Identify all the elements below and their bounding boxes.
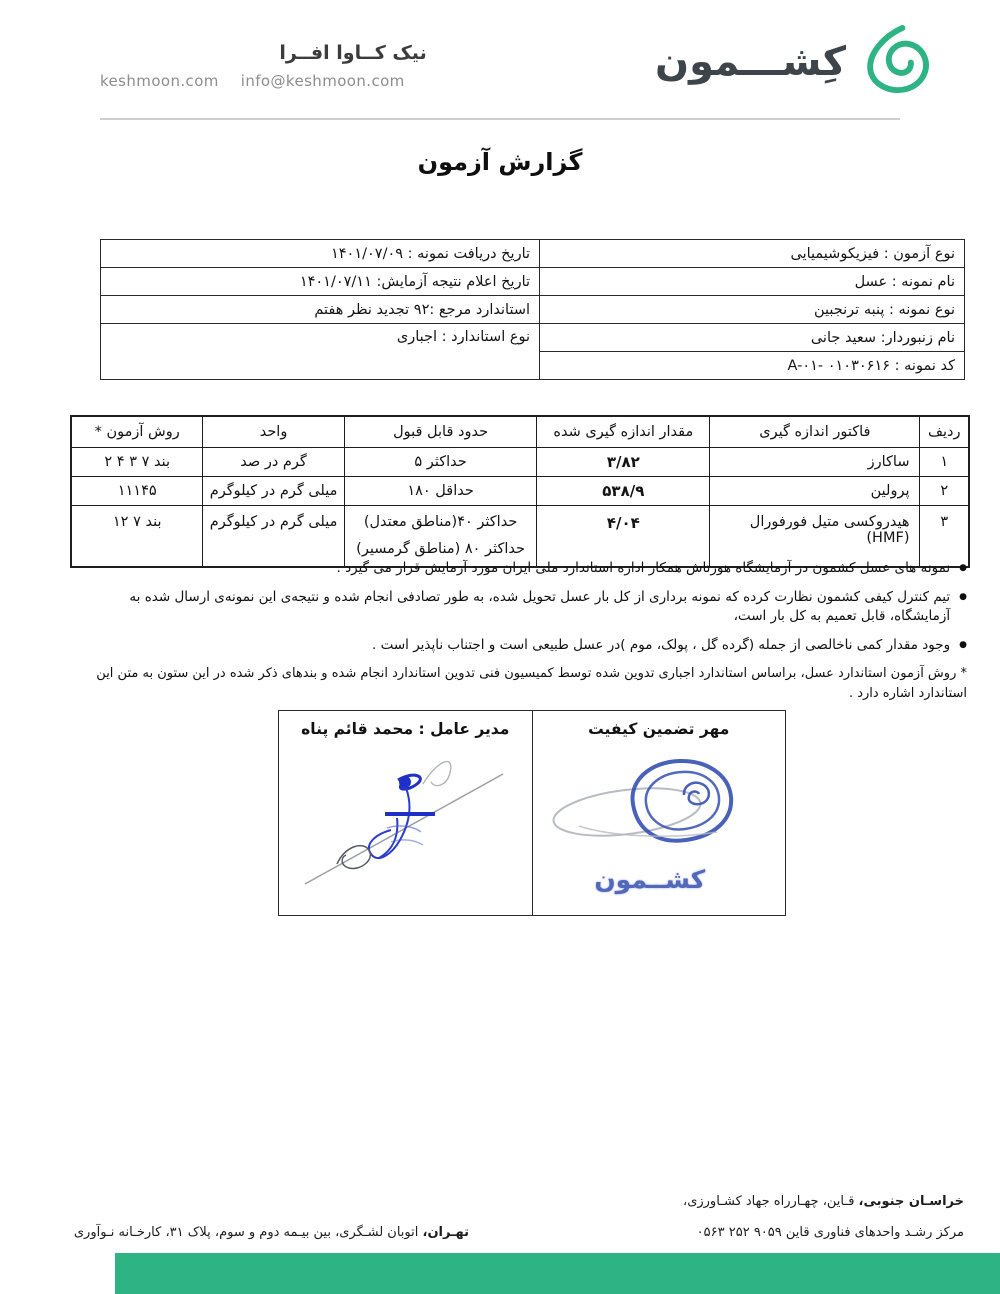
result-date-cell: تاریخ اعلام نتیجه آزمایش: ۱۴۰۱/۰۷/۱۱ — [101, 268, 540, 296]
address-1-rest: قـاین، چهـارراه جهاد کشـاورزی، — [683, 1194, 859, 1209]
header-left-block: نیک کــاوا افــرا keshmoon.cominfo@keshm… — [100, 42, 427, 90]
table-row: ۲ پرولین ۵۳۸/۹ حداقل ۱۸۰ میلی گرم در کیل… — [71, 477, 969, 506]
unit-value: میلی گرم در کیلوگرم — [203, 506, 344, 568]
page-title: گزارش آزمون — [0, 148, 1000, 176]
table-row: مهر تضمین کیفیت کشــمون مدیر عامل : محمد… — [279, 711, 786, 916]
notes-section: ● نمونه های عسل کشمون در آزمایشگاه هورتا… — [70, 559, 967, 703]
table-row: نام نمونه : عسل تاریخ اعلام نتیجه آزمایش… — [101, 268, 965, 296]
list-item: ● نمونه های عسل کشمون در آزمایشگاه هورتا… — [70, 559, 967, 579]
factor-value: پرولین — [710, 477, 920, 506]
signature-graphic-icon — [295, 744, 515, 894]
limit-line-1: حداکثر ۴۰(مناطق معتدل) — [349, 509, 533, 536]
sample-type-cell: نوع نمونه : پنبه ترنجبین — [540, 296, 965, 324]
quality-stamp: کشــمون — [549, 748, 769, 898]
footer-address-left: تهـران، اتوبان لشـگری، بین بیـمه دوم و س… — [74, 1217, 469, 1248]
unit-value: میلی گرم در کیلوگرم — [203, 477, 344, 506]
row-number: ۱ — [920, 448, 969, 477]
limit-value: حداقل ۱۸۰ — [344, 477, 537, 506]
signature-table: مهر تضمین کیفیت کشــمون مدیر عامل : محمد… — [278, 710, 786, 916]
address-line-1: خراسـان جنوبی، قـاین، چهـارراه جهاد کشـا… — [683, 1186, 964, 1217]
limit-value: حداکثر ۴۰(مناطق معتدل) حداکثر ۸۰ (مناطق … — [344, 506, 537, 568]
note-text: تیم کنترل کیفی کشمون نظارت کرده که نمونه… — [70, 588, 950, 627]
receive-date-cell: تاریخ دریافت نمونه : ۱۴۰۱/۰۷/۰۹ — [101, 240, 540, 268]
contact-line: keshmoon.cominfo@keshmoon.com — [100, 72, 427, 90]
row-number: ۲ — [920, 477, 969, 506]
note-text: وجود مقدار کمی ناخالصی از جمله (گرده گل … — [372, 636, 950, 656]
table-row: نام زنبوردار: سعید جانی نوع استاندارد : … — [101, 324, 965, 352]
list-item: ● تیم کنترل کیفی کشمون نظارت کرده که نمو… — [70, 588, 967, 627]
company-name: نیک کــاوا افــرا — [100, 42, 427, 64]
header-limits: حدود قابل قبول — [344, 416, 537, 448]
header-divider — [100, 118, 900, 120]
brand-logo-block: کِشـــمون — [655, 22, 942, 102]
bullet-icon: ● — [959, 593, 967, 627]
stamp-label: مهر تضمین کیفیت — [534, 720, 785, 738]
header-factor: فاکتور اندازه گیری — [710, 416, 920, 448]
footer-green-bar — [115, 1253, 1000, 1294]
manager-signature — [295, 744, 515, 894]
measured-value: ۳/۸۲ — [537, 448, 710, 477]
test-type-cell: نوع آزمون : فیزیکوشیمیایی — [540, 240, 965, 268]
factor-value: ساکارز — [710, 448, 920, 477]
table-row: ۳ هیدروکسی متیل فورفورال (HMF) ۴/۰۴ حداک… — [71, 506, 969, 568]
stamp-wordmark: کشــمون — [549, 865, 751, 894]
results-table: ردیف فاکتور اندازه گیری مقدار اندازه گیر… — [70, 415, 970, 568]
method-value: بند ۷ ۳ ۴ ۲ — [71, 448, 203, 477]
method-value: ۱۱۱۴۵ — [71, 477, 203, 506]
method-footnote: * روش آزمون استاندارد عسل، براساس استاند… — [70, 664, 967, 703]
standard-type-cell: نوع استاندارد : اجباری — [101, 324, 540, 380]
note-text: نمونه های عسل کشمون در آزمایشگاه هورتاش … — [337, 559, 951, 579]
list-item: ● وجود مقدار کمی ناخالصی از جمله (گرده گ… — [70, 636, 967, 656]
table-row: ۱ ساکارز ۳/۸۲ حداکثر ۵ گرم در صد بند ۷ ۳… — [71, 448, 969, 477]
quality-stamp-cell: مهر تضمین کیفیت کشــمون — [532, 711, 786, 916]
address-1-region: خراسـان جنوبی، — [859, 1194, 964, 1209]
footer-address-right: خراسـان جنوبی، قـاین، چهـارراه جهاد کشـا… — [683, 1186, 964, 1248]
keshmoon-drop-logo-icon — [856, 22, 942, 102]
bullet-icon: ● — [959, 641, 967, 656]
website-text: keshmoon.com — [100, 72, 219, 90]
address-line-2: مرکز رشـد واحدهای فناوری قاین ۹۰۵۹ ۲۵۲ ۰… — [683, 1217, 964, 1248]
manager-signature-cell: مدیر عامل : محمد قائم پناه — [279, 711, 533, 916]
limit-value: حداکثر ۵ — [344, 448, 537, 477]
header-unit: واحد — [203, 416, 344, 448]
sample-info-table: نوع آزمون : فیزیکوشیمیایی تاریخ دریافت ن… — [100, 239, 965, 380]
header-measured: مقدار اندازه گیری شده — [537, 416, 710, 448]
results-header-row: ردیف فاکتور اندازه گیری مقدار اندازه گیر… — [71, 416, 969, 448]
measured-value: ۴/۰۴ — [537, 506, 710, 568]
measured-value: ۵۳۸/۹ — [537, 477, 710, 506]
sample-code-cell: کد نمونه : A-۰۱- ۰۱۰۳۰۶۱۶ — [540, 352, 965, 380]
method-value: بند ۷ ۱۲ — [71, 506, 203, 568]
manager-label: مدیر عامل : محمد قائم پناه — [280, 720, 531, 738]
address-3-rest: اتوبان لشـگری، بین بیـمه دوم و سوم، پلاک… — [74, 1225, 423, 1240]
address-3-city: تهـران، — [423, 1225, 469, 1240]
table-row: نوع نمونه : پنبه ترنجبین استاندارد مرجع … — [101, 296, 965, 324]
sample-name-cell: نام نمونه : عسل — [540, 268, 965, 296]
factor-value: هیدروکسی متیل فورفورال (HMF) — [710, 506, 920, 568]
email-text: info@keshmoon.com — [241, 72, 405, 90]
table-row: نوع آزمون : فیزیکوشیمیایی تاریخ دریافت ن… — [101, 240, 965, 268]
header-method: روش آزمون * — [71, 416, 203, 448]
beekeeper-name-cell: نام زنبوردار: سعید جانی — [540, 324, 965, 352]
row-number: ۳ — [920, 506, 969, 568]
brand-wordmark: کِشـــمون — [655, 24, 846, 100]
reference-standard-cell: استاندارد مرجع :۹۲ تجدید نظر هفتم — [101, 296, 540, 324]
header-row-number: ردیف — [920, 416, 969, 448]
unit-value: گرم در صد — [203, 448, 344, 477]
bullet-icon: ● — [959, 564, 967, 579]
test-report-page: { "header": { "company_name": "نیک کــاو… — [0, 0, 1000, 1294]
